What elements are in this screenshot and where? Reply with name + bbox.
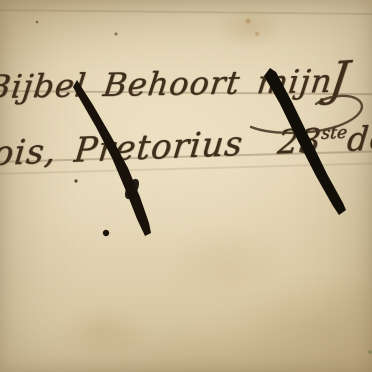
inscription-line2-right-text: dec bbox=[345, 117, 372, 159]
inscription-line1-text: Bijbel Behoort mijn bbox=[0, 62, 335, 106]
inscription-line2-superscript: ste bbox=[320, 123, 348, 144]
inscription-line2-date: 23stedec bbox=[276, 117, 372, 161]
inscription-line2-number: 23 bbox=[276, 121, 324, 162]
paper-background bbox=[0, 0, 372, 372]
inscription-line-1: Bijbel Behoort mijn bbox=[0, 62, 335, 106]
document-photo: Bijbel Behoort mijn J ois, Pretorius 23s… bbox=[0, 0, 372, 372]
